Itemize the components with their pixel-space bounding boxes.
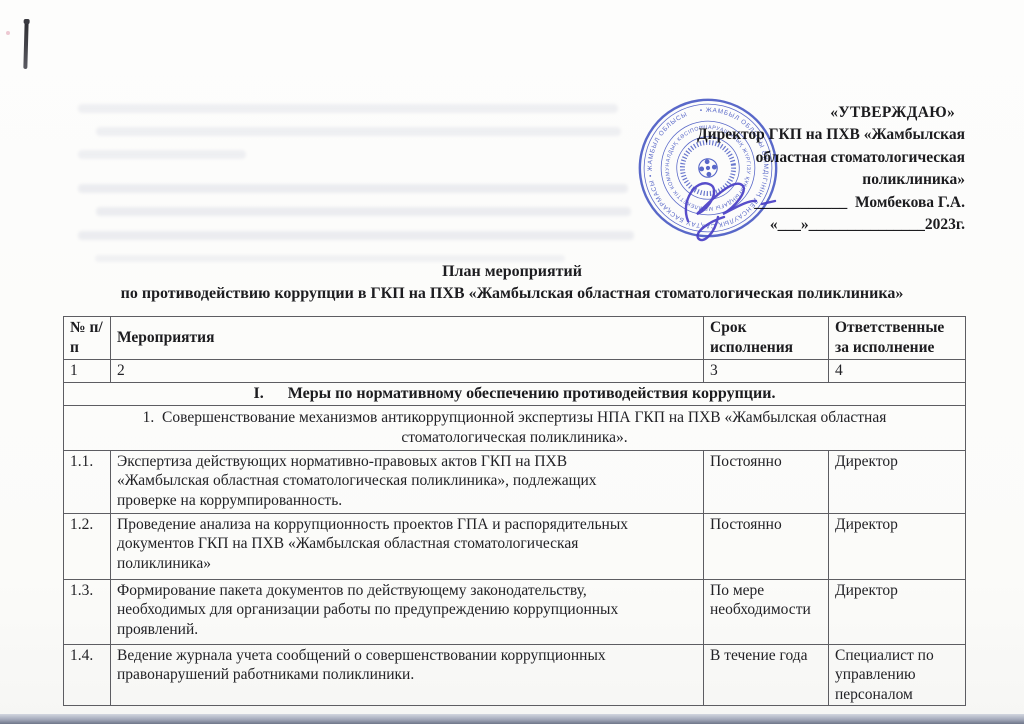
document-title: План мероприятий по противодействию корр…: [0, 261, 1024, 304]
bleed-through-line: [96, 127, 621, 136]
header-term: Срок исполнения: [704, 317, 829, 360]
section-heading-row: I. Меры по нормативному обеспечению прот…: [64, 382, 966, 405]
subsection-heading-row: 1. Совершенствование механизмов антикорр…: [64, 405, 966, 450]
row-num: 1.2.: [64, 513, 111, 579]
colnum-4: 4: [829, 360, 966, 383]
signature-blank: ____________: [754, 194, 847, 211]
row-responsible: Директор: [829, 513, 966, 579]
bleed-through-line: [78, 104, 618, 113]
row-term: В течение года: [704, 644, 829, 706]
approval-date-line: «___»_______________2023г.: [565, 214, 965, 236]
approval-word: «УТВЕРЖДАЮ»: [565, 102, 965, 124]
signer-name: Момбекова Г.А.: [855, 194, 965, 211]
table-row: 1.1. Экспертиза действующих нормативно-п…: [64, 450, 966, 513]
title-line2: по противодействию коррупции в ГКП на ПХ…: [0, 283, 1024, 305]
row-num: 1.1.: [64, 450, 111, 513]
approval-director-line3: поликлиника»: [565, 169, 965, 191]
header-activity: Мероприятия: [111, 317, 704, 360]
row-responsible: Директор: [829, 450, 966, 513]
row-term: По мере необходимости: [704, 579, 829, 644]
bleed-through-line: [96, 207, 631, 216]
row-activity: Формирование пакета документов по действ…: [111, 579, 704, 644]
table-row: 1.4. Ведение журнала учета сообщений о с…: [64, 644, 966, 706]
table-header-row: № п/п Мероприятия Срок исполнения Ответс…: [64, 317, 966, 360]
row-term: Постоянно: [704, 513, 829, 579]
header-num: № п/п: [64, 317, 111, 360]
row-num: 1.4.: [64, 644, 111, 706]
approval-block: «УТВЕРЖДАЮ» Директор ГКП на ПХВ «Жамбылс…: [565, 102, 965, 236]
header-responsible: Ответственные за исполнение: [829, 317, 966, 360]
row-responsible: Специалист по управлению персоналом: [829, 644, 966, 706]
bleed-through-line: [78, 150, 246, 159]
approval-director-line1: Директор ГКП на ПХВ «Жамбылская: [565, 124, 965, 146]
bleed-through-line: [78, 184, 628, 193]
pen-mark: [23, 20, 28, 69]
scanned-document-page: «УТВЕРЖДАЮ» Директор ГКП на ПХВ «Жамбылс…: [0, 0, 1024, 724]
row-term: Постоянно: [704, 450, 829, 513]
colnum-3: 3: [704, 360, 829, 383]
table-row: 1.3. Формирование пакета документов по д…: [64, 579, 966, 644]
table-row: 1.2. Проведение анализа на коррупционнос…: [64, 513, 966, 579]
row-activity: Ведение журнала учета сообщений о соверш…: [111, 644, 704, 706]
row-activity: Экспертиза действующих нормативно-правов…: [111, 450, 704, 513]
row-responsible: Директор: [829, 579, 966, 644]
scanner-edge-shadow: [0, 714, 1024, 724]
column-number-row: 1 2 3 4: [64, 360, 966, 383]
plan-table: № п/п Мероприятия Срок исполнения Ответс…: [63, 316, 966, 706]
colnum-2: 2: [111, 360, 704, 383]
approval-director-line2: областная стоматологическая: [565, 147, 965, 169]
signature-line: ____________ Момбекова Г.А.: [565, 192, 965, 214]
title-line1: План мероприятий: [0, 261, 1024, 283]
bleed-through-line: [78, 231, 634, 240]
section-heading: I. Меры по нормативному обеспечению прот…: [64, 382, 966, 405]
subsection-heading: 1. Совершенствование механизмов антикорр…: [64, 405, 966, 450]
row-activity: Проведение анализа на коррупционность пр…: [111, 513, 704, 579]
paper-speck: [6, 31, 10, 35]
colnum-1: 1: [64, 360, 111, 383]
row-num: 1.3.: [64, 579, 111, 644]
